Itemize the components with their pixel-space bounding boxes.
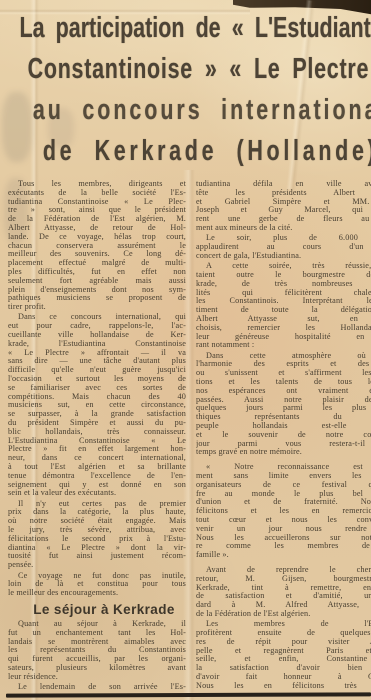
text-line: de satisfaction et d'amitié, un éten- [196,592,371,601]
paragraph: Avant de reprendre le chemin duretour, M… [196,566,371,619]
text-line: prix dans la catégorie, la plus haute, [8,508,186,517]
text-line: se surpasser, à la grande satisfaction [8,410,186,419]
text-line: sans dire — une tâche d'autant plus [8,357,186,366]
text-line: fut un enchantement tant les Hol- [8,629,186,638]
text-line: L'Estudiantina Constantinoise « Le [8,437,186,446]
text-line: où notre société était engagée. Mais [8,517,186,526]
headline-line: Constantinoise » « Le Plectre » [9,49,371,90]
text-line: retour, M. Gijsen, bourgmestre de [196,575,371,584]
text-line: du président Simpère et aussi du pu- [8,419,186,428]
text-line: tuosité fut ainsi justement récom- [8,552,186,561]
text-line: de la Fédération de l'Est algérien, M. [8,215,186,224]
text-line: passées. Aussi notre plaisir de vivre [196,396,371,405]
paragraph: Dans cette atmosphère où règnel'harmonie… [196,352,371,458]
text-line: tirer profit. [8,303,186,312]
section-heading: Le séjour à Kerkrade [22,602,186,617]
text-line: félicitons et les en remercions de [196,507,371,516]
paragraph: tudiantina défila en ville avec entête l… [196,180,371,233]
text-line: sein et la valeur des exécutants. [8,489,186,498]
text-line: Ce voyage ne fut donc pas inutile, [8,572,186,581]
paragraph: « Notre reconnaissance est assuré-ment s… [196,463,371,560]
text-line: re comme les membres de notre [196,542,371,551]
text-line: cueillante ville hollandaise de Ker- [8,331,186,340]
text-line: jour parmi vous restera-t-il long- [196,440,371,449]
text-line: et le souvenir de notre court sé- [196,431,371,440]
text-line: Quant au séjour à Kerkrade, il [8,620,186,629]
text-line: pathiques musiciens se proposent de [8,294,186,303]
text-line: seille, et enfin, Constantine avec [196,655,371,664]
text-line: d'union et de fraternité. Nous les [196,498,371,507]
text-line: exécutants de la belle société l'Es- [8,189,186,198]
text-line: Tous les membres, dirigeants et [8,180,186,189]
text-line: krade, l'Estudiantina Constantinoise [8,340,186,349]
text-line: tudiantina Constantinoise « Le Plec- [8,198,186,207]
text-line: A cette soirée, très réussie, assis- [196,262,371,271]
paragraph: Dans ce concours international, quieut p… [8,313,186,498]
text-line: Avant de reprendre le chemin du [196,566,371,575]
text-line: peuple hollandais est-elle immense [196,422,371,431]
text-line: leur généreuse hospitalité en décla- [196,333,371,342]
text-line: « Le Plectre » affrontait — il va [8,349,186,358]
text-line: les représentants du Constantinois [8,646,186,655]
text-line: ment sans limite envers les émérites [196,472,371,481]
text-line: thiques représentants du courageux [196,413,371,422]
text-line: félicitations le second prix à l'Estu- [8,535,186,544]
text-line: le meilleur des encouragements. [8,589,186,598]
text-line: neur, dans ce concert international, [8,454,186,463]
text-line: ou s'unissent et s'affirment les voca- [196,369,371,378]
text-line: Dans cette atmosphère où règne [196,352,371,361]
text-line: meilleur des souvenirs. Ce long dé- [8,250,186,259]
paragraph: Tous les membres, dirigeants etexécutant… [8,180,186,312]
text-line: Kerkrade, tint à remettre, en signe [196,584,371,593]
text-line: tout cœur et nous les convions à [196,516,371,525]
text-line: timent de toute la délégation, M. [196,306,371,315]
text-line: temps gravé en notre mémoire. [196,448,371,457]
text-line: l'harmonie des esprits et des cœurs [196,360,371,369]
text-line: leur résidence. [8,673,186,682]
left-column: Tous les membres, dirigeants etexécutant… [8,180,186,693]
text-line: profitèrent ensuite de quelques heu- [196,629,371,638]
bottom-rule [6,692,371,697]
text-line: rent une gerbe de fleurs au Monu- [196,215,371,224]
text-line: landais se montrèrent aimables avec [8,638,186,647]
text-line: tre » sont, ainsi que le président [8,206,186,215]
text-line: blic hollandais, très connaisseur. [8,428,186,437]
text-line: la satisfaction d'avoir bien œuvré [196,664,371,673]
text-line: venir un jour nous rendre visite. [196,525,371,534]
text-line: quelques jours parmi les plus sympa- [196,404,371,413]
text-line: le jury, très sévère, attribua, avec [8,526,186,535]
text-line: à tout l'Est algérien et sa brillante [8,463,186,472]
text-line: rant notamment : [196,341,371,350]
text-line: eut pour cadre, rappelons-le, l'ac- [8,322,186,331]
text-line: se familiariser avec ces sortes de [8,384,186,393]
text-line: lités qui félicitèrent chaleureusement [196,289,371,298]
text-line: tenue démontra l'excellence de l'en- [8,472,186,481]
text-line: musiciens sut, en cette circonstance, [8,401,186,410]
text-line: Le soir, plus de 6.000 auditeurs [196,234,371,243]
text-line: plein d'enseignements dont nos sym- [8,286,186,295]
text-line: diantina « Le Plectre » dont la vir- [8,544,186,553]
text-line: et Gabriel Simpère et MM. Attali [196,198,371,207]
paragraph: Le lendemain de son arrivée l'Es- [8,683,186,692]
text-line: lande. De ce voyage, hélas trop court, [8,233,186,242]
text-line: de la Fédération de l'Est algérien. [196,610,371,619]
text-line: krade, de très nombreuses personna- [196,280,371,289]
text-line: ples difficultés, fut en effet non [8,268,186,277]
text-line: chacun conservera assurément le [8,242,186,251]
text-line: l'occasion et surtout les moyens de [8,375,186,384]
headline: La participation de « L'EstudiantinaCons… [9,8,371,172]
paragraph: A cette soirée, très réussie, assis-taie… [196,262,371,350]
text-line: Les membres de l'Estudiantina [196,620,371,629]
text-line: Le lendemain de son arrivée l'Es- [8,683,186,692]
text-line: organisateurs de ce festival qui of- [196,481,371,490]
text-line: Plectre » fit en effet largement hon- [8,445,186,454]
text-line: Albert Attyasse sut, en termes [196,315,371,324]
paragraph: Le soir, plus de 6.000 auditeursapplaudi… [196,234,371,260]
text-line: applaudirent au cours d'un grand [196,243,371,252]
text-line: Nous les en félicitons très vivement. [196,682,371,691]
text-line: ment aux mineurs de la cité. [196,224,371,233]
text-line: compétitions. Mais chacun des 40 [8,393,186,402]
paragraph: Il n'y eut certes pas de premierprix dan… [8,500,186,570]
text-line: les Constantinois. Interprétant le sen- [196,297,371,306]
text-line: nos espérances ont vraiment été dé- [196,387,371,396]
text-line: res de répit pour visiter Aix-la-Cha- [196,638,371,647]
text-line: « Notre reconnaissance est assuré- [196,463,371,472]
paragraph: Les membres de l'Estudiantinaprofitèrent… [196,620,371,690]
text-line: taient outre le bourgmestre de Ker- [196,271,371,280]
text-line: dard à M. Alfred Attyasse, président [196,601,371,610]
right-column: tudiantina défila en ville avec entête l… [196,180,371,693]
paragraph: Ce voyage ne fut donc pas inutile,loin d… [8,572,186,598]
text-line: famille ». [196,551,371,560]
text-line: fre au monde le plus bel exemple [196,490,371,499]
paragraph: Quant au séjour à Kerkrade, ilfut un enc… [8,620,186,682]
text-line: choisis, remercier les Hollandais de [196,324,371,333]
text-line: tudiantina défila en ville avec en [196,180,371,189]
text-line: qui furent accueillis, par les organi- [8,655,186,664]
article-body: Tous les membres, dirigeants etexécutant… [8,180,371,693]
text-line: concert de gala, l'Estudiantina. [196,252,371,261]
text-line: seulement fort agréable mais aussi [8,277,186,286]
headline-line: de Kerkrade (Hollande) [9,131,371,172]
text-line: pelle et regagnèrent Paris et Mar- [196,647,371,656]
text-line: placement effectué malgré de multi- [8,259,186,268]
text-line: seignement qui y est donné en son [8,481,186,490]
text-line: tions et les talents de tous les pays, [196,378,371,387]
text-line: d'avoir fait honneur à Constantine. [196,673,371,682]
text-line: sateurs, plusieurs kilomètres avant [8,664,186,673]
text-line: Il n'y eut certes pas de premier [8,500,186,509]
headline-line: La participation de « L'Estudiantina [9,8,371,49]
text-line: difficile qu'elle n'eut guère jusqu'ici [8,366,186,375]
text-line: Joseph et Guy Marcel, qui déposè- [196,206,371,215]
headline-line: au concours international [9,90,371,131]
text-line: Albert Attyasse, de retour de Hol- [8,224,186,233]
text-line: tête les présidents Albert Attyasse [196,189,371,198]
text-line: loin de là et constitua pour tous [8,580,186,589]
newspaper-clipping: La participation de « L'EstudiantinaCons… [0,0,371,700]
text-line: Nous les accueillerons sur notre ter- [196,534,371,543]
text-line: pensée. [8,561,186,570]
text-line: Dans ce concours international, qui [8,313,186,322]
